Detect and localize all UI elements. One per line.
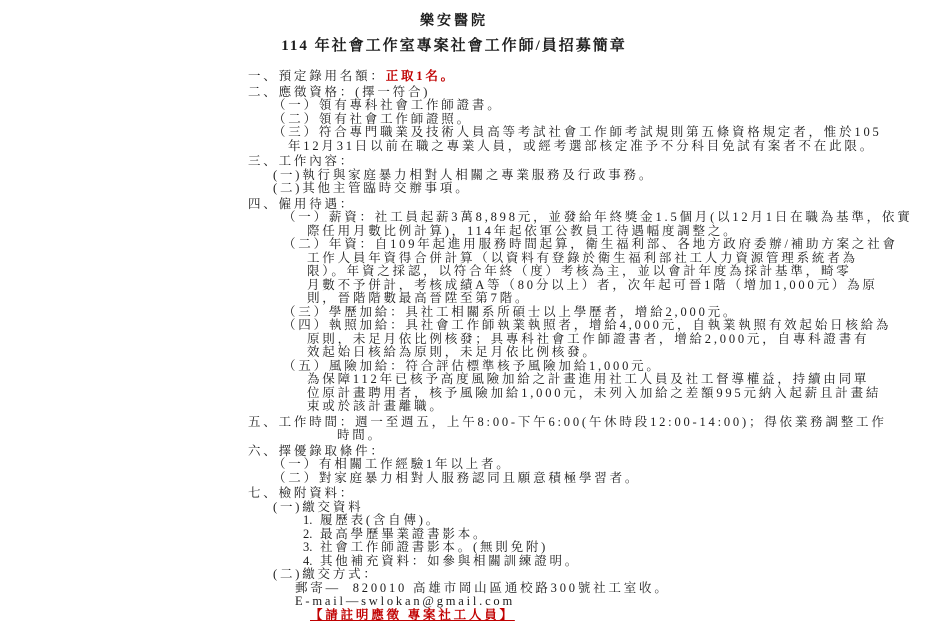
preferred-criteria-item: （二）對家庭暴力相對人服務認同且願意積極學習者。 — [0, 472, 938, 486]
quota-line: 一、預定錄用名額：正取1名。 — [0, 70, 938, 84]
job-content-item: (二)其他主管臨時交辦事項。 — [0, 182, 938, 196]
qualification-item: （三）符合專門職業及技術人員高等考試社會工作師考試規則第五條資格規定者，惟於10… — [0, 126, 938, 140]
attachment-item: 4.其他補充資料：如參與相關訓練證明。 — [0, 555, 938, 569]
application-note-line: 【請註明應徵 專案社工人員】 — [0, 609, 938, 623]
job-content-item: (一)執行與家庭暴力相對人相關之專業服務及行政事務。 — [0, 169, 938, 183]
compensation-item-cont: 效起始日核給為原則，未足月依比例核發。 — [0, 346, 938, 360]
compensation-note: 為保障112年已核予高度風險加給之計畫進用社工人員及社工督導權益，持續由同單 — [0, 373, 938, 387]
attachment-item-text: 其他補充資料：如參與相關訓練證明。 — [320, 554, 580, 568]
attachment-item-number: 3. — [303, 541, 320, 555]
compensation-item-cont: 際任用月數比例計算)，114年起依軍公教員工待遇幅度調整之。 — [0, 225, 938, 239]
document-title: 樂安醫院 — [0, 12, 908, 32]
compensation-note-cont: 束或於該計畫離職。 — [0, 400, 938, 414]
attachment-item: 1.履歷表(含自傳)。 — [0, 514, 938, 528]
work-hours-cont: 時間。 — [0, 429, 938, 443]
compensation-item-cont: 則，晉階階數最高晉陞至第7階。 — [0, 292, 938, 306]
compensation-item-cont: 月數不予併計，考核成績A等（80分以上）者，次年起可晉1階（增加1,000元）為… — [0, 279, 938, 293]
attachment-item-number: 2. — [303, 528, 320, 542]
email-line: E-mail—swlokan@gmail.com — [0, 595, 938, 609]
compensation-item-cont: 原則，未足月依比例核發；具專科社會工作師證書者，增給2,000元，自專科證書有 — [0, 333, 938, 347]
quota-label: 一、預定錄用名額： — [248, 69, 386, 83]
document-subtitle: 114 年社會工作室專案社會工作師/員招募簡章 — [0, 35, 908, 57]
preferred-criteria-item: （一）有相關工作經驗1年以上者。 — [0, 458, 938, 472]
compensation-item-cont: 工作人員年資得合併計算（以資料有登錄於衛生福利部社工人力資源管理系統者為 — [0, 252, 938, 266]
section-job-content: 三、工作內容： — [0, 155, 938, 169]
attachment-item-number: 4. — [303, 555, 320, 569]
mailing-address-line: 郵寄— 820010 高雄市岡山區通校路300號社工室收。 — [0, 582, 938, 596]
section-qualifications: 二、應徵資格：(擇一符合) — [0, 86, 938, 100]
compensation-item: （三）學歷加給：具社工相關系所碩士以上學歷者，增給2,000元。 — [0, 306, 938, 320]
compensation-item-cont: 限）。年資之採認，以符合年終（度）考核為主，並以會計年度為採計基準，畸零 — [0, 265, 938, 279]
compensation-item: （四）執照加給：具社會工作師執業執照者，增給4,000元，自執業執照有效起始日核… — [0, 319, 938, 333]
document-body: 一、預定錄用名額：正取1名。 二、應徵資格：(擇一符合) （一）領有專科社會工作… — [0, 57, 938, 622]
attachment-item-text: 社會工作師證書影本。(無則免附) — [320, 540, 548, 554]
document-page: 樂安醫院 114 年社會工作室專案社會工作師/員招募簡章 一、預定錄用名額：正取… — [0, 0, 938, 625]
attachment-item-text: 履歷表(含自傳)。 — [320, 513, 441, 527]
section-compensation: 四、僱用待遇： — [0, 198, 938, 212]
quota-value-highlight: 正取1名。 — [386, 69, 456, 83]
document-header: 樂安醫院 114 年社會工作室專案社會工作師/員招募簡章 — [0, 0, 908, 57]
qualification-item: （二）領有社會工作師證照。 — [0, 113, 938, 127]
compensation-note-cont: 位原計畫聘用者，核予風險加給1,000元，未列入加給之差額995元納入起薪且計畫… — [0, 387, 938, 401]
attachment-item: 3.社會工作師證書影本。(無則免附) — [0, 541, 938, 555]
attachment-item-text: 最高學歷畢業證書影本。 — [320, 527, 488, 541]
section-preferred-criteria: 六、擇優錄取條件： — [0, 445, 938, 459]
submission-method-subsection: (二)繳交方式： — [0, 568, 938, 582]
attachments-subsection: (一)繳交資料 — [0, 501, 938, 515]
compensation-item: （二）年資：自109年起進用服務時間起算，衛生福利部、各地方政府委辦/補助方案之… — [0, 238, 938, 252]
compensation-item: （五）風險加給：符合評估標準核予風險加給1,000元。 — [0, 360, 938, 374]
compensation-item: （一）薪資：社工員起薪3萬8,898元，並發給年終獎金1.5個月(以12月1日在… — [0, 211, 938, 225]
attachment-item-number: 1. — [303, 514, 320, 528]
section-work-hours: 五、工作時間：週一至週五，上午8:00-下午6:00(午休時段12:00-14:… — [0, 416, 938, 430]
attachment-item: 2.最高學歷畢業證書影本。 — [0, 528, 938, 542]
qualification-item-cont: 年12月31日以前在職之專業人員，或經考選部核定准予不分科目免試有案者不在此限。 — [0, 140, 938, 154]
section-attachments: 七、檢附資料： — [0, 487, 938, 501]
qualification-item: （一）領有專科社會工作師證書。 — [0, 99, 938, 113]
